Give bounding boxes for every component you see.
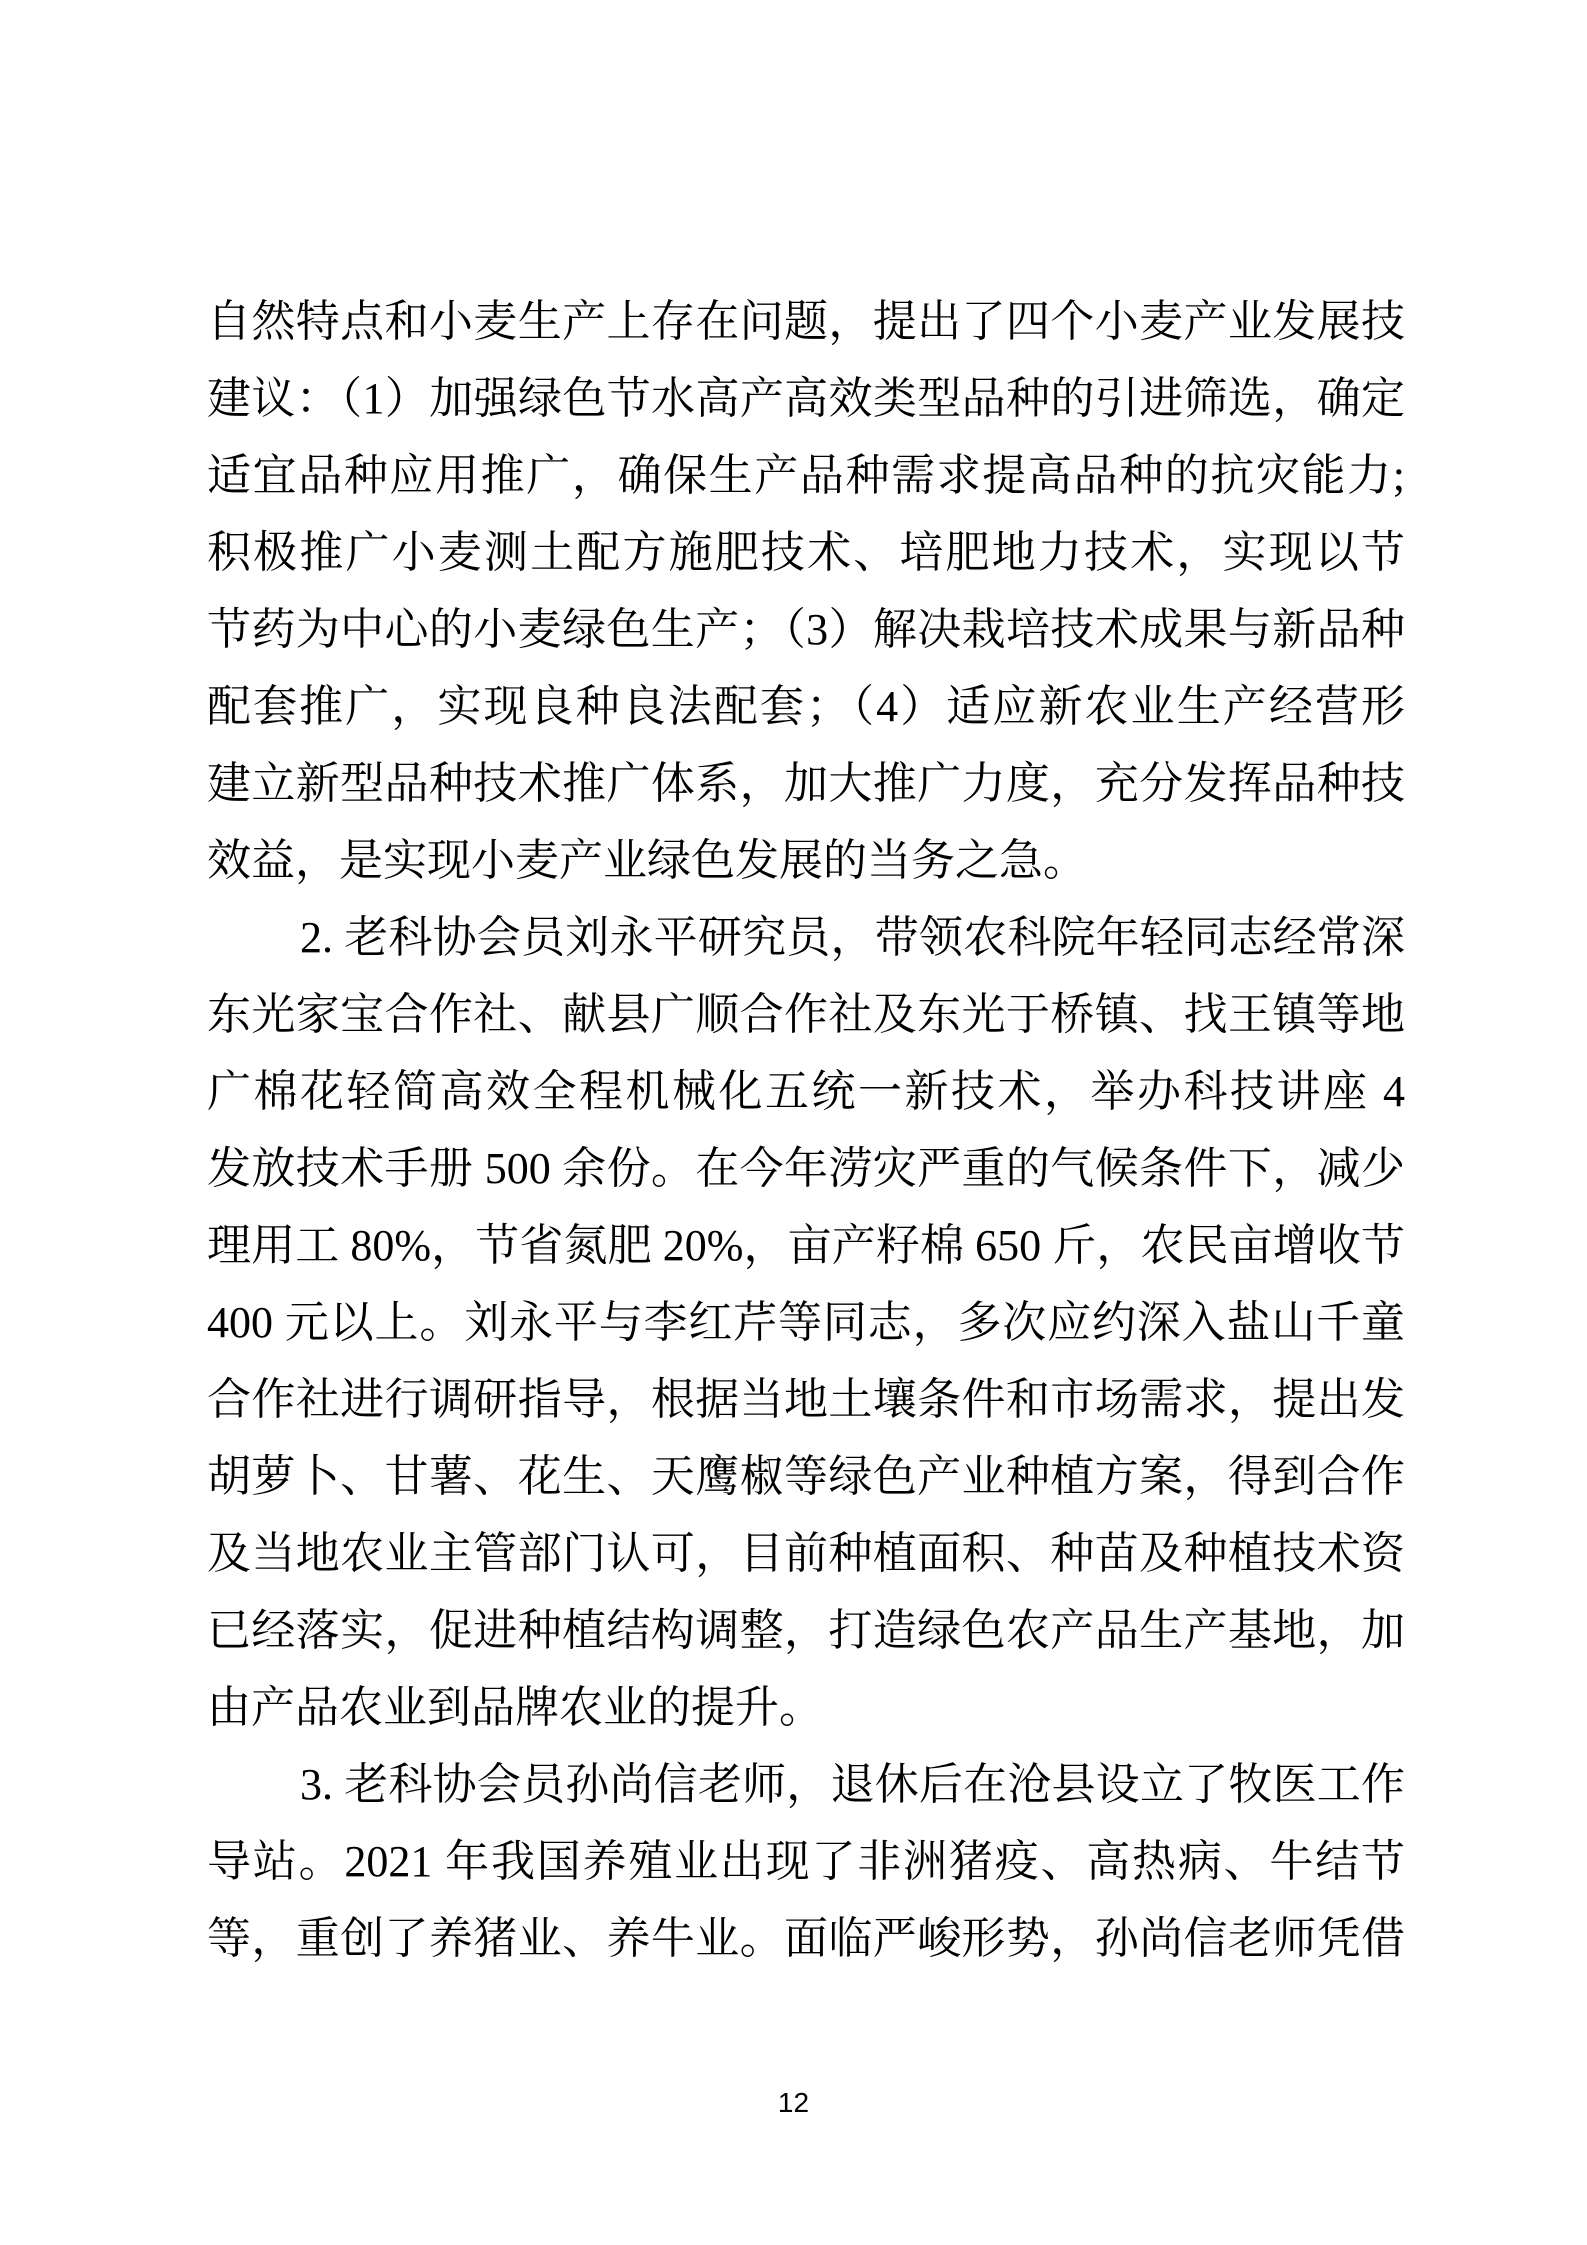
text-line-15: 合作社进行调研指导，根据当地土壤条件和市场需求，提出发展 (207, 1361, 1405, 1438)
body-text: 自然特点和小麦生产上存在问题，提出了四个小麦产业发展技术 建议：（1）加强绿色节… (207, 283, 1405, 1977)
text-line-13: 理用工 80%，节省氮肥 20%，亩产籽棉 650 斤，农民亩增收节支 (207, 1207, 1405, 1284)
text-line-17: 及当地农业主管部门认可，目前种植面积、种苗及种植技术资料 (207, 1515, 1405, 1592)
text-line-9: 2. 老科协会员刘永平研究员，带领农科院年轻同志经常深入 (207, 899, 1405, 976)
text-line-4: 积极推广小麦测土配方施肥技术、培肥地力技术，实现以节肥、 (207, 514, 1405, 591)
page-number: 12 (0, 2086, 1587, 2120)
text-line-10: 东光家宝合作社、献县广顺合作社及东光于桥镇、找王镇等地推 (207, 976, 1405, 1053)
text-line-19: 由产品农业到品牌农业的提升。 (207, 1669, 1405, 1746)
text-line-5: 节药为中心的小麦绿色生产；（3）解决栽培技术成果与新品种 (207, 591, 1405, 668)
text-line-20: 3. 老科协会员孙尚信老师，退休后在沧县设立了牧医工作指 (207, 1746, 1405, 1823)
text-line-3: 适宜品种应用推广，确保生产品种需求提高品种的抗灾能力;（2） (207, 437, 1405, 514)
text-line-1: 自然特点和小麦生产上存在问题，提出了四个小麦产业发展技术 (207, 283, 1405, 360)
text-line-12: 发放技术手册 500 余份。在今年涝灾严重的气候条件下，减少管 (207, 1130, 1405, 1207)
text-line-22: 等，重创了养猪业、养牛业。面临严峻形势，孙尚信老师凭借自 (207, 1900, 1405, 1977)
text-line-21: 导站。2021 年我国养殖业出现了非洲猪疫、高热病、牛结节病 (207, 1823, 1405, 1900)
text-line-8: 效益，是实现小麦产业绿色发展的当务之急。 (207, 822, 1405, 899)
text-line-6: 配套推广，实现良种良法配套；（4）适应新农业生产经营形式， (207, 668, 1405, 745)
text-line-2: 建议：（1）加强绿色节水高产高效类型品种的引进筛选，确定 (207, 360, 1405, 437)
text-line-11: 广棉花轻简高效全程机械化五统一新技术，举办科技讲座 4 次， (207, 1053, 1405, 1130)
text-line-18: 已经落实，促进种植结构调整，打造绿色农产品生产基地，加快 (207, 1592, 1405, 1669)
text-line-16: 胡萝卜、甘薯、花生、天鹰椒等绿色产业种植方案，得到合作社 (207, 1438, 1405, 1515)
document-page: 自然特点和小麦生产上存在问题，提出了四个小麦产业发展技术 建议：（1）加强绿色节… (0, 0, 1587, 2245)
text-line-14: 400 元以上。刘永平与李红芹等同志，多次应约深入盐山千童镇 (207, 1284, 1405, 1361)
text-line-7: 建立新型品种技术推广体系，加大推广力度，充分发挥品种技术 (207, 745, 1405, 822)
